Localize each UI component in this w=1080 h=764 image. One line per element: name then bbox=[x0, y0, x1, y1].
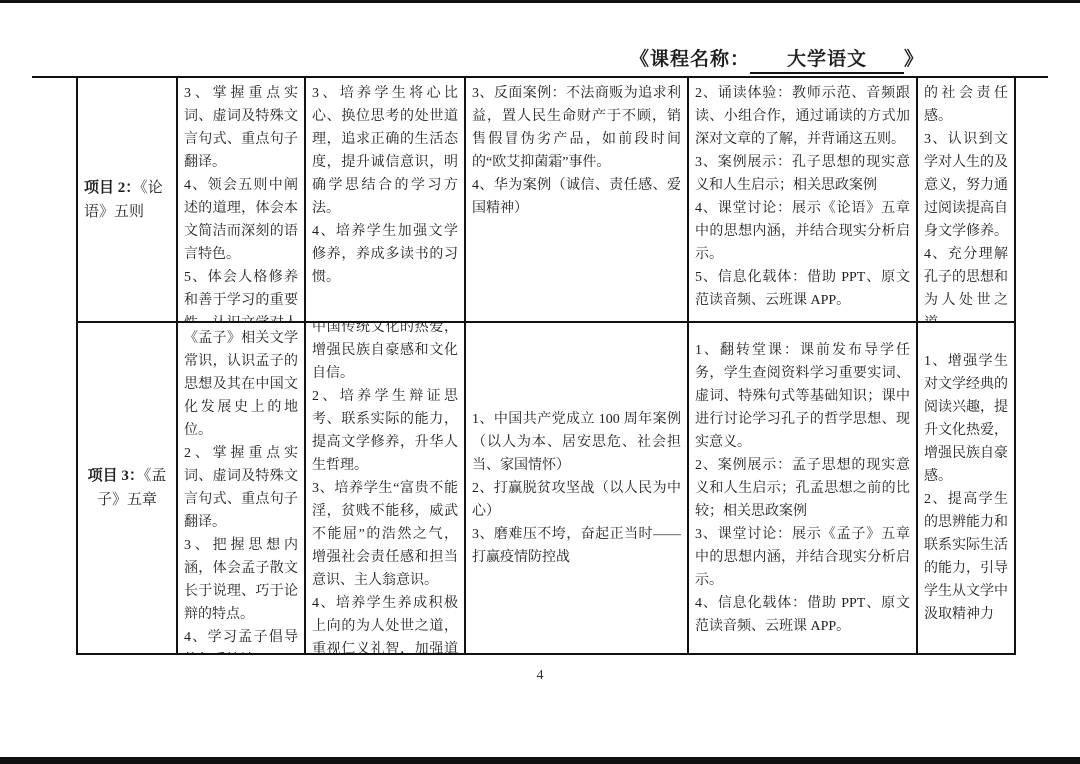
page-number: 4 bbox=[0, 668, 1080, 684]
cell-teaching-methods-row2: 1、翻转堂课：课前发布导学任务，学生查阅资料学习重要实词、虚词、特殊句式等基础知… bbox=[689, 323, 918, 655]
project-label: 项目 3：《孟子》五章 bbox=[84, 464, 170, 512]
cell-quality-goals-row1: 3、培养学生将心比心、换位思考的处世道理，追求正确的生活态度，提升诚信意识，明确… bbox=[306, 78, 466, 323]
project-label-bold: 项目 2： bbox=[84, 180, 140, 196]
quality-goals-text: 1、学习经典，培养对中国传统文化的热爱，增强民族自豪感和文化自信。 2、培养学生… bbox=[312, 323, 458, 655]
cell-expected-outcomes-row2: 1、增强学生对文学经典的阅读兴趣，提升文化热爱，增强民族自豪感。 2、提高学生的… bbox=[918, 323, 1016, 655]
teaching-methods-text: 1、翻转堂课：课前发布导学任务，学生查阅资料学习重要实词、虚词、特殊句式等基础知… bbox=[695, 339, 910, 638]
teaching-methods-text: 2、诵读体验：教师示范、音频跟读、小组合作，通过诵读的方式加深对文章的了解，并背… bbox=[695, 82, 910, 312]
top-edge-bar bbox=[0, 0, 1080, 3]
course-title-suffix: 》 bbox=[904, 49, 924, 70]
knowledge-goals-text: 3、掌握重点实词、虚词及特殊文言句式、重点句子翻译。 4、领会五则中阐述的道理，… bbox=[184, 82, 298, 323]
cell-expected-outcomes-row1: 的社会责任感。 3、认识到文学对人生的及意义，努力通过阅读提高自身文学修养。 4… bbox=[918, 78, 1016, 323]
bottom-edge-bar bbox=[0, 757, 1080, 764]
case-examples-text: 3、反面案例：不法商贩为追求利益，置人民生命财产于不顾，销售假冒伪劣产品，如前段… bbox=[472, 82, 681, 220]
course-title-prefix: 《课程名称： bbox=[630, 49, 750, 70]
case-examples-text: 1、中国共产党成立 100 周年案例（以人为本、居安思危、社会担当、家国情怀） … bbox=[472, 408, 681, 569]
cell-teaching-methods-row1: 2、诵读体验：教师示范、音频跟读、小组合作，通过诵读的方式加深对文章的了解，并背… bbox=[689, 78, 918, 323]
cell-project-label-row2: 项目 3：《孟子》五章 bbox=[78, 323, 178, 655]
cell-case-examples-row2: 1、中国共产党成立 100 周年案例（以人为本、居安思危、社会担当、家国情怀） … bbox=[466, 323, 689, 655]
cell-project-label-row1: 项目 2：《论语》五则 bbox=[78, 78, 178, 323]
cell-quality-goals-row2: 1、学习经典，培养对中国传统文化的热爱，增强民族自豪感和文化自信。 2、培养学生… bbox=[306, 323, 466, 655]
project-label: 项目 2：《论语》五则 bbox=[84, 176, 170, 224]
expected-outcomes-text: 的社会责任感。 3、认识到文学对人生的及意义，努力通过阅读提高自身文学修养。 4… bbox=[924, 82, 1008, 323]
course-name-underlined: 大学语文 bbox=[750, 44, 904, 74]
knowledge-goals-text: 1、掌握孟子及《孟子》相关文学常识，认识孟子的思想及其在中国文化发展史上的地位。… bbox=[184, 323, 298, 655]
cell-knowledge-goals-row2: 1、掌握孟子及《孟子》相关文学常识，认识孟子的思想及其在中国文化发展史上的地位。… bbox=[178, 323, 306, 655]
project-label-bold: 项目 3： bbox=[88, 468, 144, 484]
quality-goals-text: 3、培养学生将心比心、换位思考的处世道理，追求正确的生活态度，提升诚信意识，明确… bbox=[312, 82, 458, 289]
course-syllabus-table: 项目 2：《论语》五则 3、掌握重点实词、虚词及特殊文言句式、重点句子翻译。 4… bbox=[76, 78, 1016, 655]
cell-case-examples-row1: 3、反面案例：不法商贩为追求利益，置人民生命财产于不顾，销售假冒伪劣产品，如前段… bbox=[466, 78, 689, 323]
cell-knowledge-goals-row1: 3、掌握重点实词、虚词及特殊文言句式、重点句子翻译。 4、领会五则中阐述的道理，… bbox=[178, 78, 306, 323]
document-title: 《课程名称：大学语文》 bbox=[630, 44, 924, 74]
expected-outcomes-text: 1、增强学生对文学经典的阅读兴趣，提升文化热爱，增强民族自豪感。 2、提高学生的… bbox=[924, 350, 1008, 626]
